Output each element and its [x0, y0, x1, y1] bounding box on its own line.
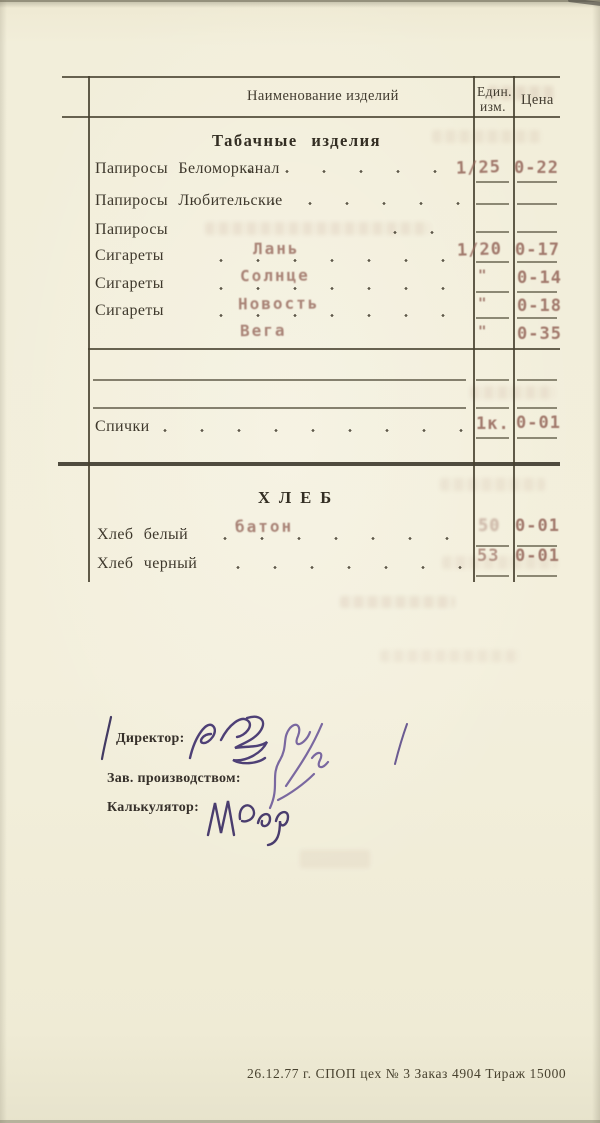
- stamp-unit: 1к.: [476, 414, 510, 434]
- stamp-unit-ditto: ": [478, 296, 487, 312]
- cell-underline: [476, 231, 509, 233]
- dot-leader: [270, 201, 465, 206]
- table-price-vline: [513, 76, 515, 582]
- stamp-price: 0-14: [517, 268, 562, 288]
- cell-underline: [517, 291, 557, 293]
- dot-leader: [235, 565, 465, 570]
- scan-edge-right: [592, 0, 600, 1123]
- table-section-divider: [58, 462, 560, 466]
- stamp-price: 0-35: [517, 324, 562, 344]
- ghost-smudge: [340, 596, 455, 608]
- scan-edge-top-shadow: [0, 2, 600, 8]
- stamp-brand: Солнце: [240, 266, 310, 286]
- stamp-unit: 50: [478, 516, 500, 536]
- stamp-unit-ditto: ": [478, 268, 487, 284]
- dot-leader: [392, 230, 465, 235]
- dot-leader: [218, 286, 465, 291]
- item-name: Папиросы Любительские: [95, 192, 283, 210]
- dot-leader: [218, 258, 465, 263]
- cell-underline: [476, 575, 509, 577]
- header-unit-column-line1: Един.: [477, 84, 512, 100]
- stamp-price: 0-01: [515, 516, 560, 536]
- print-imprint: 26.12.77 г. СПОП цех № 3 Заказ 4904 Тира…: [247, 1066, 566, 1082]
- item-name: Хлеб черный: [97, 555, 197, 573]
- table-empty-row-line: [93, 407, 466, 409]
- item-name: Спички: [95, 418, 150, 436]
- cell-underline: [476, 261, 509, 263]
- stamp-price: 0-17: [515, 240, 560, 260]
- section-title-bread: ХЛЕБ: [258, 488, 340, 508]
- dot-leader: [222, 536, 465, 541]
- production-manager-label: Зав. производством:: [107, 771, 241, 787]
- cell-underline: [517, 317, 557, 319]
- table-empty-row-line: [93, 379, 466, 381]
- table-unit-vline: [473, 76, 475, 582]
- ghost-smudge: [432, 130, 542, 143]
- dot-leader: [218, 313, 465, 318]
- cell-underline: [517, 379, 557, 381]
- director-label: Директор:: [116, 731, 185, 747]
- item-name: Папиросы: [95, 221, 168, 239]
- stamp-price: 0-18: [517, 296, 562, 316]
- section-title-tobacco: Табачные изделия: [212, 131, 381, 151]
- cell-underline: [476, 437, 509, 439]
- stamp-price: 0-22: [514, 158, 559, 178]
- cell-underline: [517, 231, 557, 233]
- calculator-label: Калькулятор:: [107, 800, 199, 816]
- stamp-brand: батон: [235, 517, 293, 537]
- cell-underline: [476, 291, 509, 293]
- cell-underline: [517, 437, 557, 439]
- stamp-unit: 53: [477, 546, 499, 566]
- pen-slash-mark: [99, 715, 115, 761]
- cell-underline: [476, 181, 509, 183]
- calculator-signature: [204, 791, 308, 849]
- pen-tick-mark: [392, 722, 410, 766]
- item-name: Сигареты: [95, 247, 164, 265]
- item-name: Сигареты: [95, 275, 164, 293]
- stamp-price: 0-01: [515, 546, 560, 566]
- table-left-vline: [88, 76, 90, 582]
- stamp-unit: 1/20: [457, 239, 503, 261]
- ghost-smudge: [380, 650, 520, 662]
- ghost-smudge: [300, 850, 370, 868]
- stamp-brand: Новость: [238, 294, 320, 314]
- table-header-separator: [62, 116, 560, 118]
- ghost-smudge: [440, 478, 545, 491]
- table-row-line: [88, 348, 560, 350]
- header-price-column: Цена: [521, 92, 554, 109]
- scan-edge-left: [0, 0, 7, 1123]
- dot-leader: [162, 428, 465, 433]
- document-page: Наименование изделий Един. изм. Цена Таб…: [0, 0, 600, 1123]
- cell-underline: [476, 203, 509, 205]
- dot-leader: [247, 169, 465, 174]
- table-top-border: [62, 76, 560, 78]
- cell-underline: [476, 317, 509, 319]
- stamp-unit: 1/25: [456, 157, 502, 179]
- cell-underline: [517, 407, 557, 409]
- header-unit-column-line2: изм.: [480, 99, 506, 115]
- cell-underline: [476, 379, 509, 381]
- cell-underline: [517, 181, 557, 183]
- cell-underline: [517, 261, 557, 263]
- stamp-brand: Лань: [253, 239, 300, 258]
- stamp-price: 0-01: [516, 413, 561, 433]
- cell-underline: [517, 575, 557, 577]
- cell-underline: [476, 407, 509, 409]
- stamp-brand: Вега: [240, 321, 287, 340]
- cell-underline: [517, 203, 557, 205]
- item-name: Сигареты: [95, 302, 164, 320]
- stamp-unit-ditto: ": [478, 324, 487, 340]
- item-name: Хлеб белый: [97, 526, 188, 544]
- header-name-column: Наименование изделий: [247, 88, 399, 105]
